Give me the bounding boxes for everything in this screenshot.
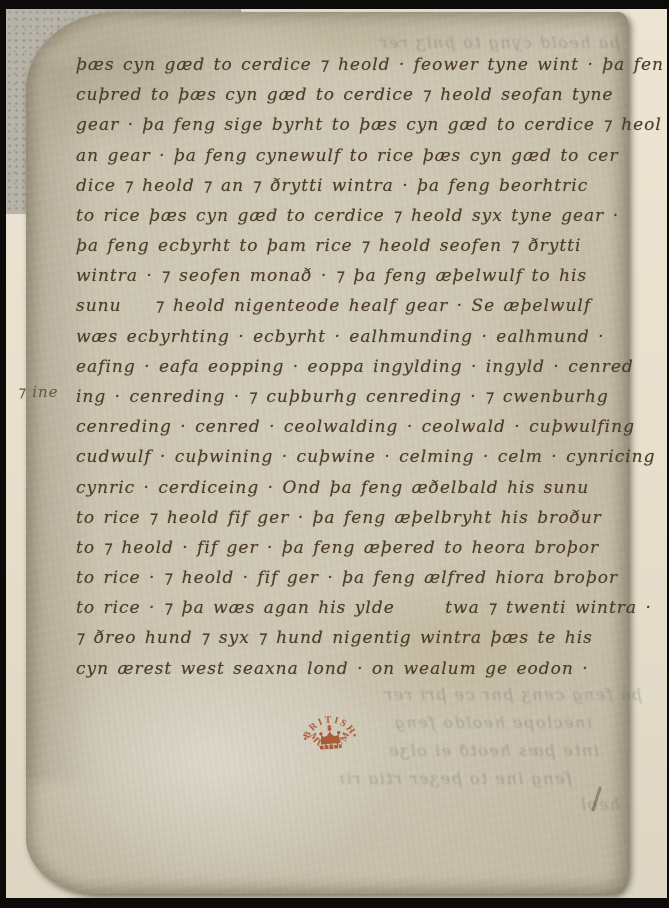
show-through-line: inte þæs heotð ei olʒe bbox=[374, 738, 599, 764]
manuscript-line: to rice þæs cyn gæd to cerdice ⁊ heold s… bbox=[76, 201, 619, 231]
manuscript-line: to ⁊ heold · fif ger · þa feng æþered to… bbox=[76, 533, 599, 563]
manuscript-line: ing · cenreding · ⁊ cuþburhg cenreding ·… bbox=[76, 382, 609, 412]
manuscript-line: dice ⁊ heold ⁊ an ⁊ ðrytti wintra · þa f… bbox=[76, 171, 588, 201]
manuscript-line: cynric · cerdiceing · Ond þa feng æðelba… bbox=[76, 473, 589, 503]
manuscript-line: cyn ærest west seaxna lond · on wealum g… bbox=[76, 654, 589, 684]
show-through-line: feng ine to þeʒer rtia rin bbox=[340, 766, 572, 792]
manuscript-line: to rice ⁊ heold fif ger · þa feng æþelbr… bbox=[76, 503, 602, 533]
margin-note: ⁊ ine bbox=[18, 382, 82, 402]
manuscript-line: cenreding · cenred · ceolwalding · ceolw… bbox=[76, 412, 635, 442]
manuscript-photo: þæs cyn gæd to cerdice ⁊ heold · feower … bbox=[0, 0, 669, 908]
manuscript-line: cudwulf · cuþwining · cuþwine · celming … bbox=[76, 442, 656, 472]
manuscript-line: to rice · ⁊ þa wæs agan his ylde twa ⁊ t… bbox=[76, 593, 652, 623]
manuscript-line: to rice · ⁊ heold · fif ger · þa feng æl… bbox=[76, 563, 618, 593]
manuscript-line: wæs ecbyrhting · ecbyrht · ealhmunding ·… bbox=[76, 322, 605, 352]
show-through-line: þa heold cyng to þniʒ rer bbox=[100, 30, 620, 56]
manuscript-line: sunu ⁊ heold nigenteode healf gear · Se … bbox=[76, 291, 591, 321]
show-through-line: ineclope heoldo feng bbox=[362, 710, 592, 736]
show-through-line: þa feng cenʒ þnr ce þri rer bbox=[342, 682, 642, 708]
manuscript-line: wintra · ⁊ seofen monað · ⁊ þa feng æþel… bbox=[76, 261, 587, 291]
manuscript-line: cuþred to þæs cyn gæd to cerdice ⁊ heold… bbox=[76, 80, 613, 110]
text-block: þæs cyn gæd to cerdice ⁊ heold · feower … bbox=[76, 50, 642, 700]
manuscript-line: an gear · þa feng cynewulf to rice þæs c… bbox=[76, 141, 619, 171]
manuscript-line: eafing · eafa eopping · eoppa ingylding … bbox=[76, 352, 634, 382]
manuscript-line: þa feng ecbyrht to þam rice ⁊ heold seof… bbox=[76, 231, 581, 261]
british-museum-stamp-icon: BRITISH MUSEUM bbox=[297, 703, 363, 769]
manuscript-line: gear · þa feng sige byrht to þæs cyn gæd… bbox=[76, 110, 662, 140]
manuscript-line: ⁊ ðreo hund ⁊ syx ⁊ hund nigentig wintra… bbox=[76, 623, 593, 653]
